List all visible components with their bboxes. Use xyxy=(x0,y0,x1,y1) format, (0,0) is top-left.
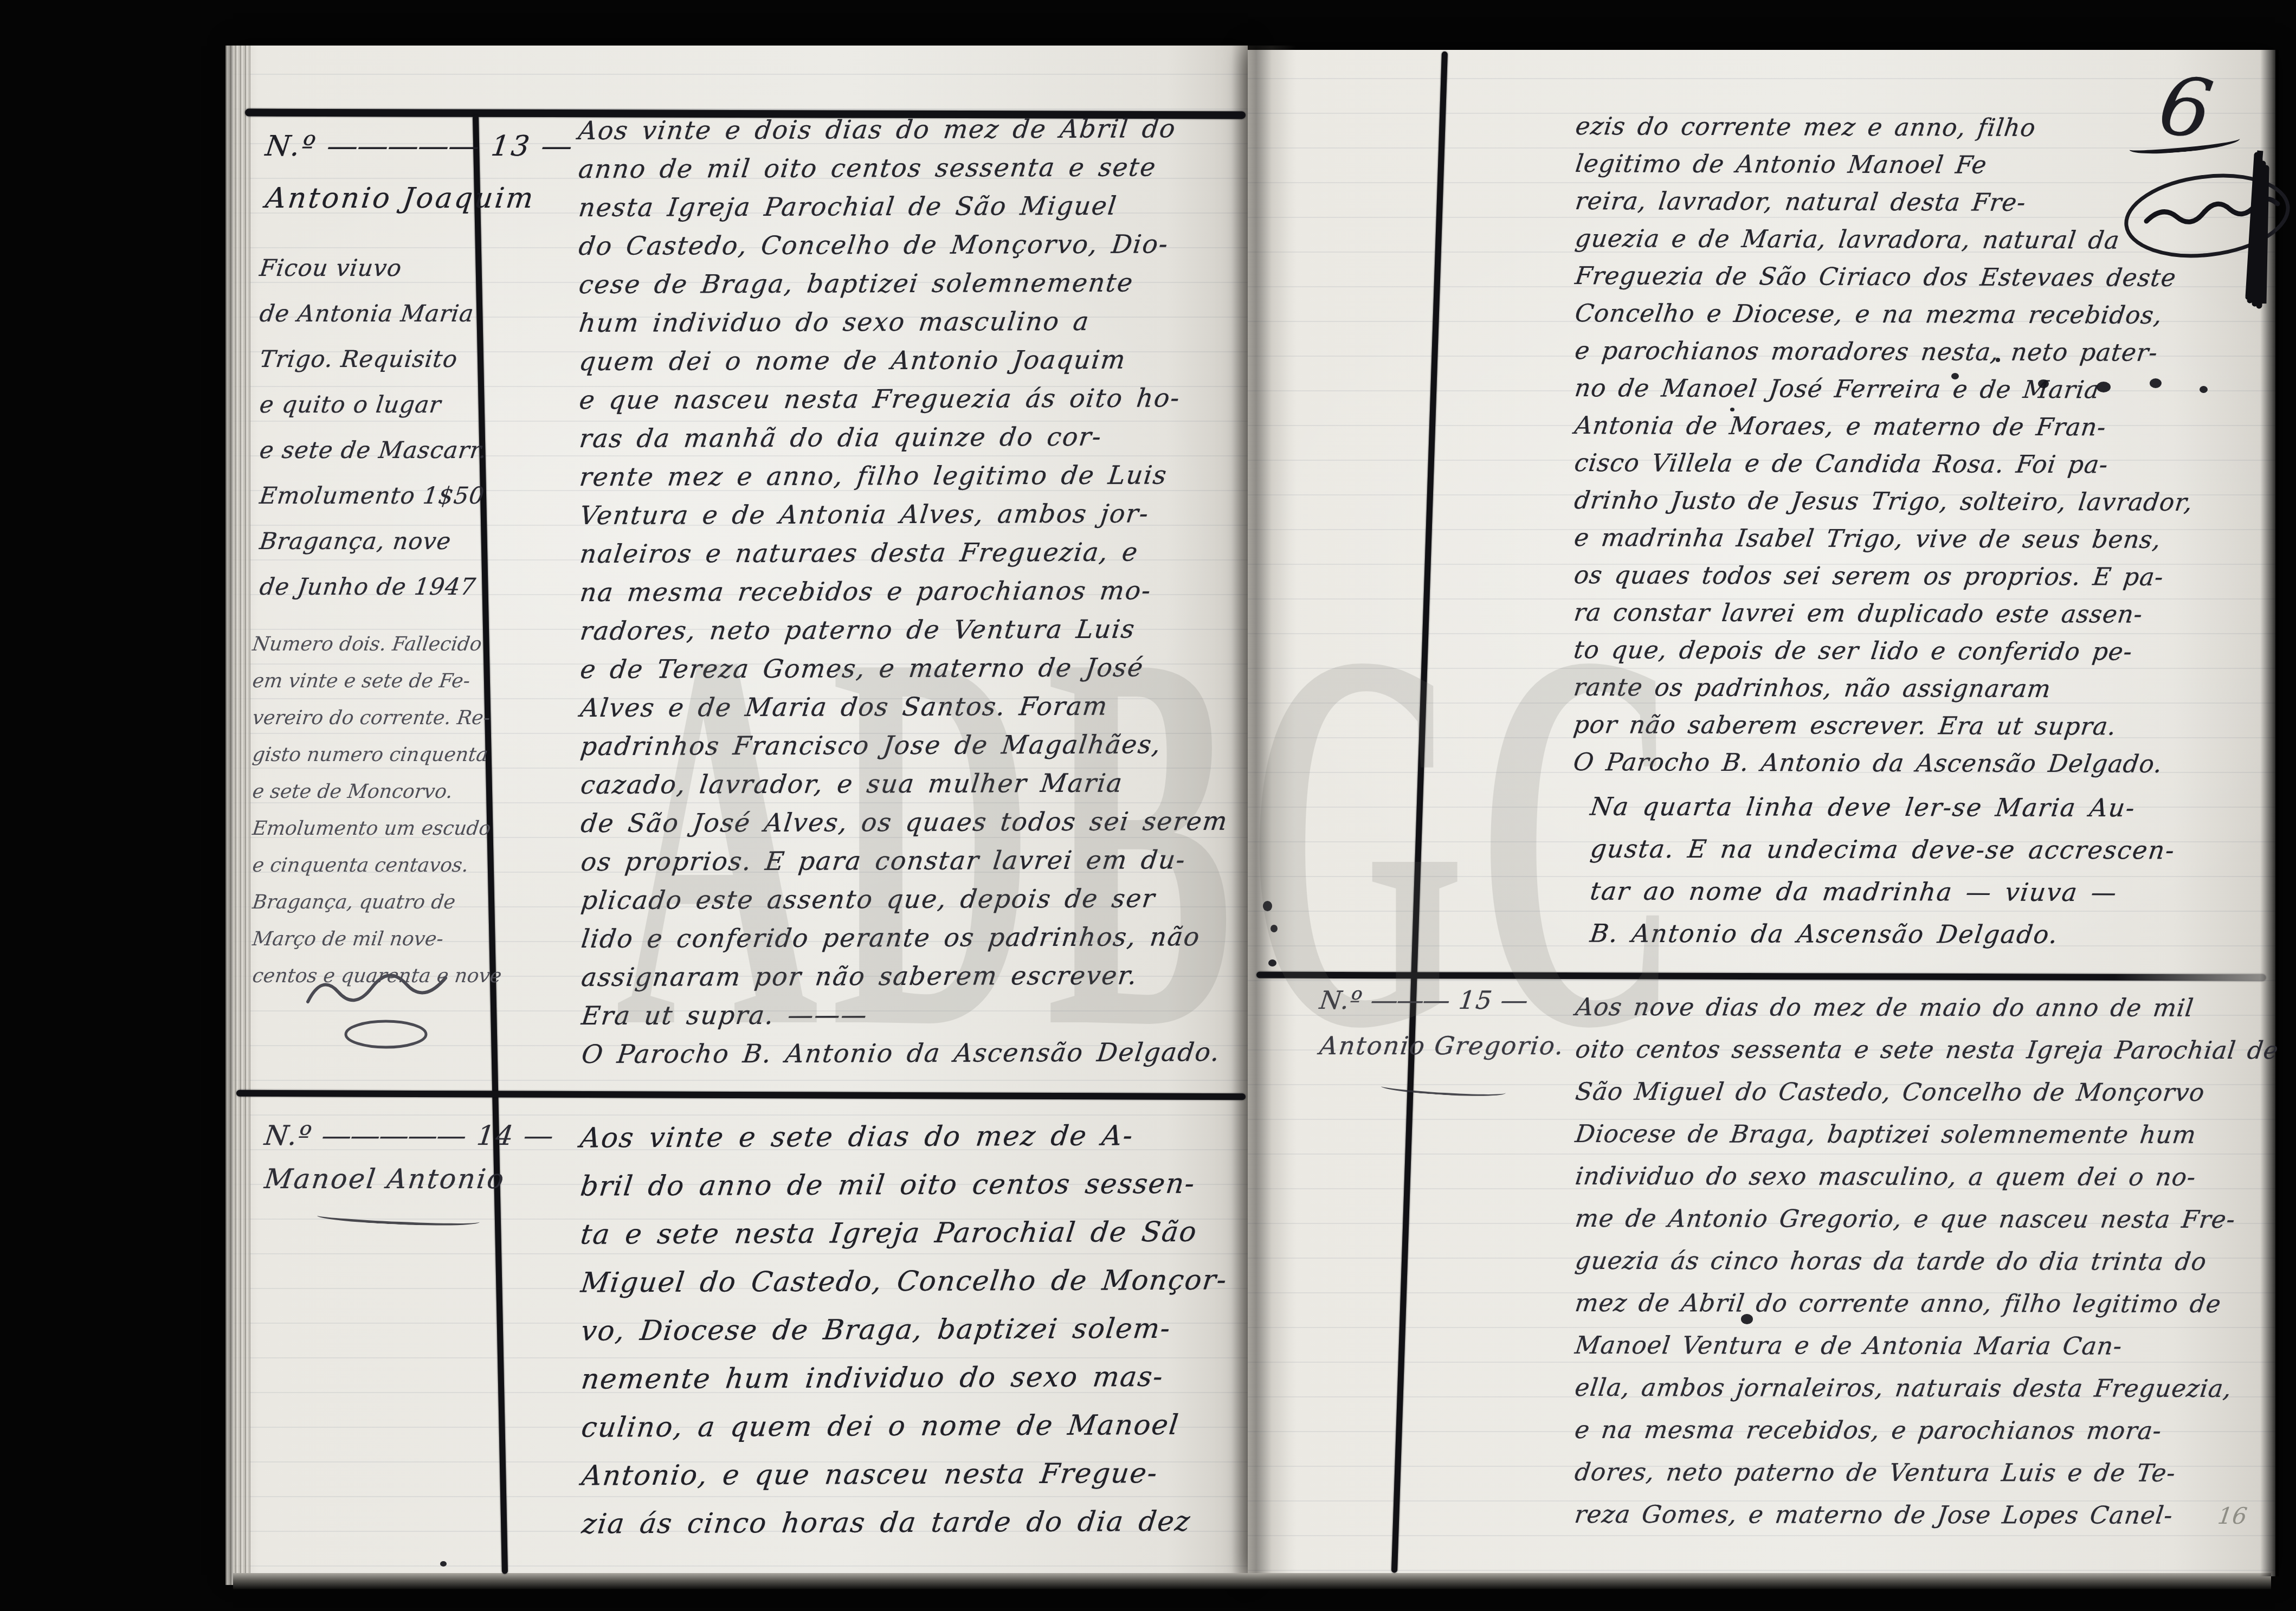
handwritten-line: ezis do corrente mez e anno, filho xyxy=(1573,112,2196,151)
ink-blot xyxy=(440,1561,447,1567)
handwritten-line: na mesma recebidos e parochianos mo- xyxy=(577,576,1229,616)
handwritten-line: nemente hum individuo do sexo mas- xyxy=(578,1361,1230,1412)
handwritten-line: Alves e de Maria dos Santos. Foram xyxy=(578,691,1229,732)
handwritten-line: assignaram por não saberem escrever. xyxy=(579,961,1230,1001)
record-15-body: Aos nove dias do mez de maio do anno de … xyxy=(1571,993,2275,1543)
handwritten-line: anno de mil oito centos sessenta e sete xyxy=(576,152,1227,193)
handwritten-line: Aos nove dias do mez de maio do anno de … xyxy=(1572,993,2280,1036)
register-scan: N.º ――――― 13 ―Antonio Joaquim Ficou viuv… xyxy=(0,0,2296,1611)
handwritten-line: ras da manhã do dia quinze do cor- xyxy=(577,422,1228,462)
handwritten-line: naleiros e naturaes desta Freguezia, e xyxy=(577,537,1229,578)
handwritten-line: Antonio Gregorio. xyxy=(1316,1031,1566,1077)
record-13-margin-header: N.º ――――― 13 ―Antonio Joaquim xyxy=(261,130,569,234)
handwritten-line: Bragança, quatro de xyxy=(249,891,503,928)
handwritten-line: quem dei o nome de Antonio Joaquim xyxy=(577,345,1228,385)
handwritten-line: ra constar lavrei em duplicado este asse… xyxy=(1571,598,2194,637)
handwritten-line: to que, depois de ser lido e conferido p… xyxy=(1571,635,2194,675)
handwritten-line: drinho Justo de Jesus Trigo, solteiro, l… xyxy=(1572,486,2195,525)
handwritten-line: hum individuo do sexo masculino a xyxy=(576,306,1228,347)
handwritten-line: do Castedo, Concelho de Monçorvo, Dio- xyxy=(576,229,1228,270)
handwritten-line: me de Antonio Gregorio, e que nasceu nes… xyxy=(1572,1204,2280,1247)
ink-blot xyxy=(1996,358,2000,362)
handwritten-line: Miguel do Castedo, Concelho de Monçor- xyxy=(577,1264,1229,1315)
record-15-margin-header: N.º ――― 15 ―Antonio Gregorio. xyxy=(1316,985,1560,1077)
ink-blot xyxy=(1270,925,1278,932)
handwritten-line: reira, lavrador, natural desta Fre- xyxy=(1572,186,2195,226)
handwritten-line: ta e sete nesta Igreja Parochial de São xyxy=(577,1216,1229,1267)
handwritten-line: Bragança, nove xyxy=(256,528,489,573)
handwritten-line: gusta. E na undecima deve-se accrescen- xyxy=(1587,834,2177,878)
ink-blot xyxy=(1951,373,1959,379)
handwritten-line: radores, neto paterno de Ventura Luis xyxy=(577,614,1229,655)
record-13-margin-note: Ficou viuvode Antonia MariaTrigo. Requis… xyxy=(256,255,483,619)
ink-blot xyxy=(1741,1314,1753,1324)
stacked-page-edges xyxy=(225,46,250,1585)
handwritten-line: Numero dois. Fallecido xyxy=(249,633,503,670)
handwritten-line: Manoel Ventura e de Antonia Maria Can- xyxy=(1572,1331,2280,1374)
handwritten-line: vereiro do corrente. Re- xyxy=(249,707,503,744)
handwritten-line: e de Tereza Gomes, e materno de José xyxy=(578,653,1229,693)
handwritten-line: reza Gomes, e materno de Jose Lopes Cane… xyxy=(1571,1500,2279,1543)
signature-flourish xyxy=(304,976,477,1057)
ink-blot xyxy=(2038,379,2049,388)
handwritten-line: N.º ――――― 13 ― xyxy=(261,130,575,182)
record-13-margin-note-2: Numero dois. Fallecidoem vinte e sete de… xyxy=(249,633,498,1002)
handwritten-line: Emolumento 1$50 xyxy=(256,482,489,528)
handwritten-line: plicado este assento que, depois de ser xyxy=(578,884,1230,924)
ink-scribble xyxy=(2120,140,2296,313)
handwritten-line: tar ao nome da madrinha — viuva — xyxy=(1587,877,2177,920)
ink-blot xyxy=(2200,386,2208,393)
handwritten-line: Era ut supra. ——— xyxy=(579,999,1230,1040)
handwritten-line: de São José Alves, os quaes todos sei se… xyxy=(578,807,1230,847)
handwritten-line: Ficou viuvo xyxy=(256,255,489,300)
handwritten-line: Diocese de Braga, baptizei solemnemente … xyxy=(1572,1119,2280,1163)
handwritten-line: Manoel Antonio xyxy=(261,1163,556,1207)
handwritten-line: Na quarta linha deve ler-se Maria Au- xyxy=(1587,792,2177,836)
handwritten-line: N.º ――――― 14 ― xyxy=(261,1120,556,1163)
handwritten-line: Aos vinte e sete dias do mez de A- xyxy=(577,1119,1229,1170)
handwritten-line: por não saberem escrever. Era ut supra. xyxy=(1571,710,2194,750)
handwritten-line: O Parocho B. Antonio da Ascensão Delgado… xyxy=(1571,747,2194,787)
handwritten-line: B. Antonio da Ascensão Delgado. xyxy=(1587,919,2177,963)
handwritten-line: no de Manoel José Ferreira e de Maria xyxy=(1572,373,2195,413)
handwritten-line: culino, a quem dei o nome de Manoel xyxy=(578,1409,1230,1460)
handwritten-line: e madrinha Isabel Trigo, vive de seus be… xyxy=(1571,523,2194,563)
handwritten-line: lido e conferido perante os padrinhos, n… xyxy=(578,922,1230,963)
ink-blot xyxy=(2150,378,2162,388)
handwritten-line: rente mez e anno, filho legitimo de Luis xyxy=(577,460,1228,501)
handwritten-line: Trigo. Requisito xyxy=(256,346,489,391)
handwritten-line: cazado, lavrador, e sua mulher Maria xyxy=(578,768,1229,809)
handwritten-line: em vinte e sete de Fe- xyxy=(249,670,503,707)
record-14-body: Aos vinte e sete dias do mez de A-bril d… xyxy=(576,1119,1224,1556)
handwritten-line: gisto numero cinquenta xyxy=(249,744,503,781)
handwritten-line: guezia e de Maria, lavradora, natural da xyxy=(1572,224,2195,263)
handwritten-line: e que nasceu nesta Freguezia ás oito ho- xyxy=(577,383,1228,424)
record-14-margin-header: N.º ――――― 14 ―Manoel Antonio xyxy=(261,1120,550,1207)
handwritten-line: bril do anno de mil oito centos sessen- xyxy=(577,1168,1229,1219)
handwritten-line: Emolumento um escudo xyxy=(249,817,503,854)
handwritten-line: ella, ambos jornaleiros, naturais desta … xyxy=(1572,1373,2280,1416)
handwritten-line: e quito o lugar xyxy=(256,391,489,437)
handwritten-line: mez de Abril do corrente anno, filho leg… xyxy=(1572,1288,2280,1332)
handwritten-line: Freguezia de São Ciriaco dos Estevaes de… xyxy=(1572,261,2195,301)
handwritten-line: e parochianos moradores nesta, neto pate… xyxy=(1572,336,2195,376)
handwritten-line: e sete de Moncorvo. xyxy=(249,781,503,817)
handwritten-line: São Miguel do Castedo, Concelho de Monço… xyxy=(1572,1077,2280,1120)
handwritten-line: guezia ás cinco horas da tarde do dia tr… xyxy=(1572,1246,2280,1290)
handwritten-line: legitimo de Antonio Manoel Fe xyxy=(1573,149,2196,189)
handwritten-line: nesta Igreja Parochial de São Miguel xyxy=(576,191,1228,231)
right-continuation-body: ezis do corrente mez e anno, filholegiti… xyxy=(1571,112,2191,787)
ink-blot xyxy=(1263,901,1272,911)
handwritten-line: dores, neto paterno de Ventura Luis e de… xyxy=(1571,1458,2279,1501)
handwritten-line: os proprios. E para constar lavrei em du… xyxy=(578,845,1230,886)
handwritten-line: e na mesma recebidos, e parochianos mora… xyxy=(1571,1415,2279,1459)
handwritten-line: vo, Diocese de Braga, baptizei solem- xyxy=(577,1312,1229,1363)
handwritten-line: O Parocho B. Antonio da Ascensão Delgado… xyxy=(579,1038,1230,1078)
handwritten-line: Antonio Joaquim xyxy=(261,182,575,234)
handwritten-line: de Antonia Maria xyxy=(256,300,489,346)
handwritten-line: rante os padrinhos, não assignaram xyxy=(1571,673,2194,712)
handwritten-line: oito centos sessenta e sete nesta Igreja… xyxy=(1572,1035,2280,1078)
handwritten-line: Concelho e Diocese, e na mezma recebidos… xyxy=(1572,299,2195,338)
handwritten-line: de Junho de 1947 xyxy=(256,573,489,619)
ink-blot xyxy=(2097,382,2111,392)
handwritten-line: e sete de Mascarr. xyxy=(256,437,489,482)
gutter-shadow xyxy=(1231,46,1297,1576)
handwritten-line: zia ás cinco horas da tarde do dia dez xyxy=(578,1505,1230,1556)
handwritten-line: Antonio, e que nasceu nesta Fregue- xyxy=(578,1457,1230,1508)
handwritten-line: Antonia de Moraes, e materno de Fran- xyxy=(1572,411,2195,450)
ink-blot xyxy=(1268,959,1276,966)
handwritten-line: padrinhos Francisco Jose de Magalhães, xyxy=(578,730,1229,770)
right-addendum: Na quarta linha deve ler-se Maria Au-gus… xyxy=(1587,792,2172,963)
handwritten-line: individuo do sexo masculino, a quem dei … xyxy=(1572,1162,2280,1205)
handwritten-line: Ventura e de Antonia Alves, ambos jor- xyxy=(577,499,1229,539)
handwritten-line: os quaes todos sei serem os proprios. E … xyxy=(1571,560,2194,600)
bottom-page-edge xyxy=(233,1573,2271,1589)
handwritten-line: cisco Villela e de Candida Rosa. Foi pa- xyxy=(1572,448,2195,488)
handwritten-line: Março de mil nove- xyxy=(249,928,503,965)
handwritten-line: e cinquenta centavos. xyxy=(249,854,503,891)
handwritten-line: Aos vinte e dois dias do mez de Abril do xyxy=(576,114,1227,154)
record-13-body: Aos vinte e dois dias do mez de Abril do… xyxy=(576,114,1226,1078)
handwritten-line: N.º ――― 15 ― xyxy=(1316,985,1566,1031)
handwritten-line: cese de Braga, baptizei solemnemente xyxy=(576,268,1228,308)
corner-note: 16 xyxy=(2216,1503,2249,1529)
ink-blot xyxy=(1730,408,1734,411)
